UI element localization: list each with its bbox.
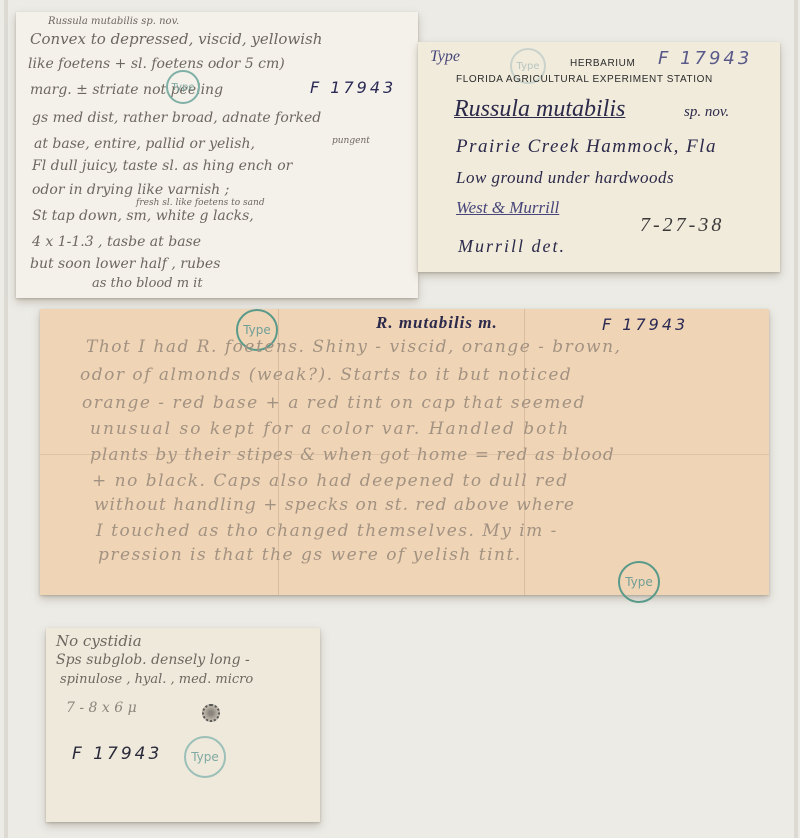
note-line: but soon lower half , rubes: [30, 256, 220, 272]
note-line: Convex to depressed, viscid, yellowish: [30, 30, 322, 48]
letter-line: + no black. Caps also had deepened to du…: [92, 471, 569, 491]
micro-line: spinulose , hyal. , med. micro: [60, 672, 253, 687]
micro-line: No cystidia: [56, 632, 142, 650]
catalog-number: F 17943: [658, 48, 752, 69]
letter-line: odor of almonds (weak?). Starts to it bu…: [80, 365, 572, 385]
type-handwritten-label: Type: [430, 48, 460, 66]
herbarium-header: HERBARIUM: [570, 58, 635, 69]
species-note: sp. nov.: [684, 104, 729, 121]
catalog-number: F 17943: [602, 315, 688, 334]
habitat: Low ground under hardwoods: [456, 168, 674, 188]
note-line: odor in drying like varnish ;: [32, 182, 229, 198]
note-superscript-fresh: fresh sl. like foetens to sand: [136, 198, 265, 208]
field-notes-card: Russula mutabilis sp. nov. Convex to dep…: [16, 12, 418, 298]
letter-line: I touched as tho changed themselves. My …: [96, 521, 558, 541]
type-stamp: Type: [166, 70, 200, 104]
micro-line: 7 - 8 x 6 μ: [66, 700, 137, 716]
note-line: at base, entire, pallid or yelish,: [34, 136, 255, 152]
letter-line: orange - red base + a red tint on cap th…: [82, 393, 586, 413]
catalog-number: F 17943: [72, 744, 162, 764]
institution-name: FLORIDA AGRICULTURAL EXPERIMENT STATION: [456, 74, 713, 85]
species-name: Russula mutabilis: [454, 96, 625, 123]
determiner: Murrill det.: [458, 236, 566, 257]
catalog-number: F 17943: [310, 78, 396, 97]
mat-edge-left: [4, 0, 8, 838]
locality: Prairie Creek Hammock, Fla: [456, 136, 717, 158]
note-line: 4 x 1-1.3 , tasbe at base: [32, 234, 201, 250]
type-stamp: Type: [618, 561, 660, 603]
note-line: gs med dist, rather broad, adnate forked: [32, 110, 321, 126]
note-line: as tho blood m it: [92, 276, 203, 291]
herbarium-label-card: Type Type HERBARIUM F 17943 FLORIDA AGRI…: [418, 42, 780, 272]
collectors: West & Murrill: [456, 198, 559, 218]
letter-heading: R. mutabilis m.: [376, 313, 498, 333]
letter-line: without handling + specks on st. red abo…: [94, 495, 575, 515]
note-superscript-pungent: pungent: [332, 136, 370, 146]
letter-line: plants by their stipes & when got home =…: [90, 445, 615, 465]
note-line: St tap down, sm, white g lacks,: [32, 208, 254, 224]
micro-line: Sps subglob. densely long -: [56, 652, 250, 668]
letter-line: Thot I had R. foetens. Shiny - viscid, o…: [86, 337, 621, 357]
spore-sketch-icon: [202, 704, 220, 722]
note-line-title: Russula mutabilis sp. nov.: [48, 16, 179, 27]
microscopy-note-card: No cystidia Sps subglob. densely long - …: [46, 628, 320, 822]
collection-date: 7-27-38: [640, 214, 724, 237]
letter-line: pression is that the gs were of yelish t…: [98, 545, 522, 565]
note-line: like foetens + sl. foetens odor 5 cm): [28, 56, 285, 72]
mat-edge-right: [794, 0, 798, 838]
note-line: Fl dull juicy, taste sl. as hing ench or: [32, 158, 292, 174]
letter-line: unusual so kept for a color var. Handled…: [90, 419, 570, 439]
type-stamp: Type: [184, 736, 226, 778]
correspondence-letter-card: Type R. mutabilis m. F 17943 Thot I had …: [40, 309, 769, 595]
